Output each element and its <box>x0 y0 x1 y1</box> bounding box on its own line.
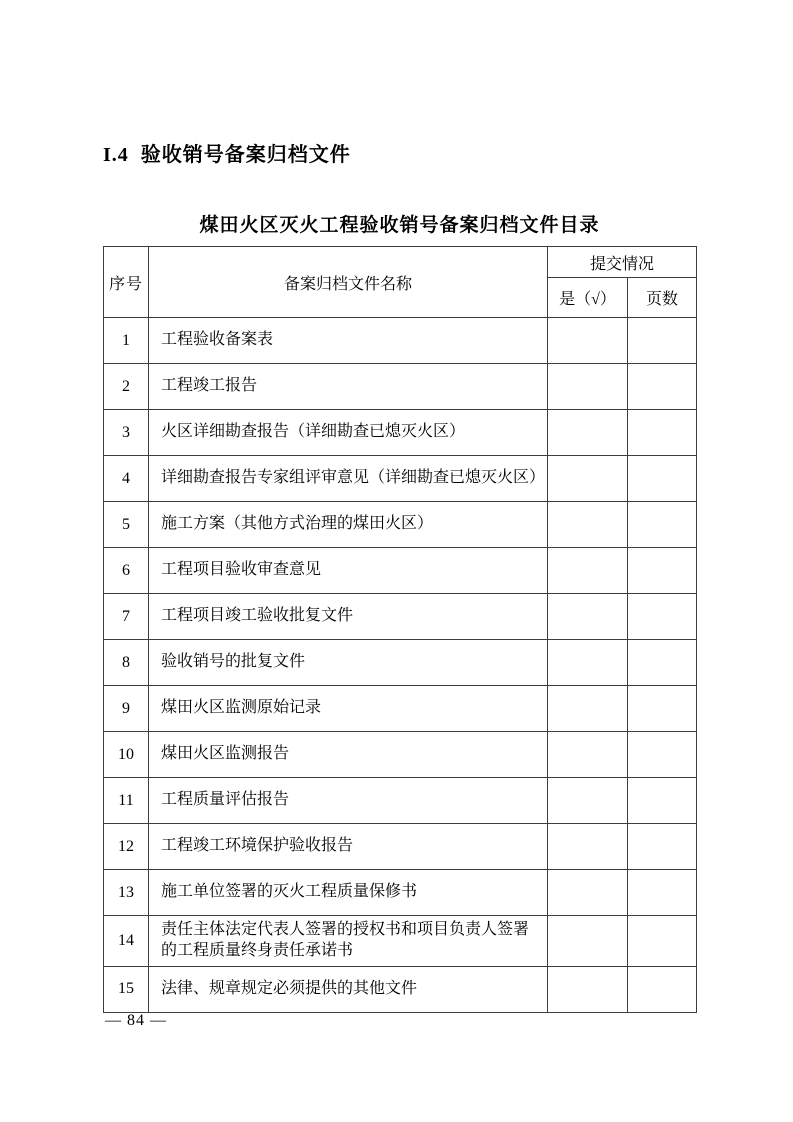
header-page-count: 页数 <box>628 278 697 318</box>
row-page-count-cell <box>628 502 697 548</box>
table-row: 6 工程项目验收审查意见 <box>104 548 697 594</box>
section-heading: I.4验收销号备案归档文件 <box>103 138 351 167</box>
row-yes-check-cell <box>548 778 628 824</box>
document-page: I.4验收销号备案归档文件 煤田火区灭火工程验收销号备案归档文件目录 序号 备案… <box>0 0 793 1122</box>
row-page-count-cell <box>628 318 697 364</box>
row-yes-check-cell <box>548 640 628 686</box>
row-page-count-cell <box>628 364 697 410</box>
table-row: 14 责任主体法定代表人签署的授权书和项目负责人签署的工程质量终身责任承诺书 <box>104 916 697 967</box>
row-serial-number: 15 <box>104 966 149 1012</box>
row-page-count-cell <box>628 778 697 824</box>
header-serial: 序号 <box>104 247 149 318</box>
table-row: 2 工程竣工报告 <box>104 364 697 410</box>
row-page-count-cell <box>628 916 697 967</box>
row-page-count-cell <box>628 594 697 640</box>
table-row: 5 施工方案（其他方式治理的煤田火区） <box>104 502 697 548</box>
row-serial-number: 10 <box>104 732 149 778</box>
row-serial-number: 4 <box>104 456 149 502</box>
row-document-name: 工程验收备案表 <box>149 318 548 364</box>
table-title: 煤田火区灭火工程验收销号备案归档文件目录 <box>103 210 696 237</box>
row-yes-check-cell <box>548 916 628 967</box>
row-serial-number: 1 <box>104 318 149 364</box>
row-document-name: 详细勘查报告专家组评审意见（详细勘查已熄灭火区） <box>149 456 548 502</box>
header-yes-check: 是（√） <box>548 278 628 318</box>
row-serial-number: 12 <box>104 824 149 870</box>
row-page-count-cell <box>628 966 697 1012</box>
row-serial-number: 8 <box>104 640 149 686</box>
row-serial-number: 7 <box>104 594 149 640</box>
row-serial-number: 5 <box>104 502 149 548</box>
row-yes-check-cell <box>548 870 628 916</box>
row-serial-number: 13 <box>104 870 149 916</box>
row-page-count-cell <box>628 548 697 594</box>
table-row: 4 详细勘查报告专家组评审意见（详细勘查已熄灭火区） <box>104 456 697 502</box>
row-yes-check-cell <box>548 732 628 778</box>
row-serial-number: 11 <box>104 778 149 824</box>
section-heading-text: 验收销号备案归档文件 <box>141 144 351 166</box>
row-document-name: 法律、规章规定必须提供的其他文件 <box>149 966 548 1012</box>
table-row: 9 煤田火区监测原始记录 <box>104 686 697 732</box>
archive-documents-table: 序号 备案归档文件名称 提交情况 是（√） 页数 1 工程验收备案表 2 <box>103 246 697 1013</box>
row-page-count-cell <box>628 686 697 732</box>
row-page-count-cell <box>628 824 697 870</box>
row-document-name: 责任主体法定代表人签署的授权书和项目负责人签署的工程质量终身责任承诺书 <box>149 916 548 967</box>
row-document-name: 工程竣工报告 <box>149 364 548 410</box>
row-yes-check-cell <box>548 686 628 732</box>
row-document-name: 煤田火区监测报告 <box>149 732 548 778</box>
row-yes-check-cell <box>548 410 628 456</box>
row-serial-number: 2 <box>104 364 149 410</box>
row-yes-check-cell <box>548 548 628 594</box>
row-document-name: 火区详细勘查报告（详细勘查已熄灭火区） <box>149 410 548 456</box>
table-row: 13 施工单位签署的灭火工程质量保修书 <box>104 870 697 916</box>
row-yes-check-cell <box>548 966 628 1012</box>
row-yes-check-cell <box>548 824 628 870</box>
row-document-name: 验收销号的批复文件 <box>149 640 548 686</box>
table-row: 3 火区详细勘查报告（详细勘查已熄灭火区） <box>104 410 697 456</box>
table-row: 1 工程验收备案表 <box>104 318 697 364</box>
row-page-count-cell <box>628 732 697 778</box>
row-document-name: 施工方案（其他方式治理的煤田火区） <box>149 502 548 548</box>
page-number: — 84 — <box>105 1012 167 1030</box>
table-body: 1 工程验收备案表 2 工程竣工报告 3 火区详细勘查报告（详细勘查已熄灭火区） <box>104 318 697 1013</box>
row-document-name: 工程竣工环境保护验收报告 <box>149 824 548 870</box>
row-serial-number: 6 <box>104 548 149 594</box>
table-row: 15 法律、规章规定必须提供的其他文件 <box>104 966 697 1012</box>
header-document-name: 备案归档文件名称 <box>149 247 548 318</box>
section-number: I.4 <box>103 144 129 166</box>
row-document-name: 煤田火区监测原始记录 <box>149 686 548 732</box>
row-serial-number: 9 <box>104 686 149 732</box>
row-yes-check-cell <box>548 456 628 502</box>
row-document-name: 工程项目验收审查意见 <box>149 548 548 594</box>
row-page-count-cell <box>628 870 697 916</box>
row-yes-check-cell <box>548 594 628 640</box>
table-row: 8 验收销号的批复文件 <box>104 640 697 686</box>
header-submission-status: 提交情况 <box>548 247 697 278</box>
row-page-count-cell <box>628 456 697 502</box>
table-row: 10 煤田火区监测报告 <box>104 732 697 778</box>
table-row: 12 工程竣工环境保护验收报告 <box>104 824 697 870</box>
table-row: 7 工程项目竣工验收批复文件 <box>104 594 697 640</box>
row-serial-number: 3 <box>104 410 149 456</box>
table-row: 11 工程质量评估报告 <box>104 778 697 824</box>
row-yes-check-cell <box>548 318 628 364</box>
table-header: 序号 备案归档文件名称 提交情况 是（√） 页数 <box>104 247 697 318</box>
row-yes-check-cell <box>548 364 628 410</box>
row-page-count-cell <box>628 410 697 456</box>
row-document-name: 工程质量评估报告 <box>149 778 548 824</box>
row-yes-check-cell <box>548 502 628 548</box>
row-serial-number: 14 <box>104 916 149 967</box>
row-document-name: 工程项目竣工验收批复文件 <box>149 594 548 640</box>
row-document-name: 施工单位签署的灭火工程质量保修书 <box>149 870 548 916</box>
row-page-count-cell <box>628 640 697 686</box>
